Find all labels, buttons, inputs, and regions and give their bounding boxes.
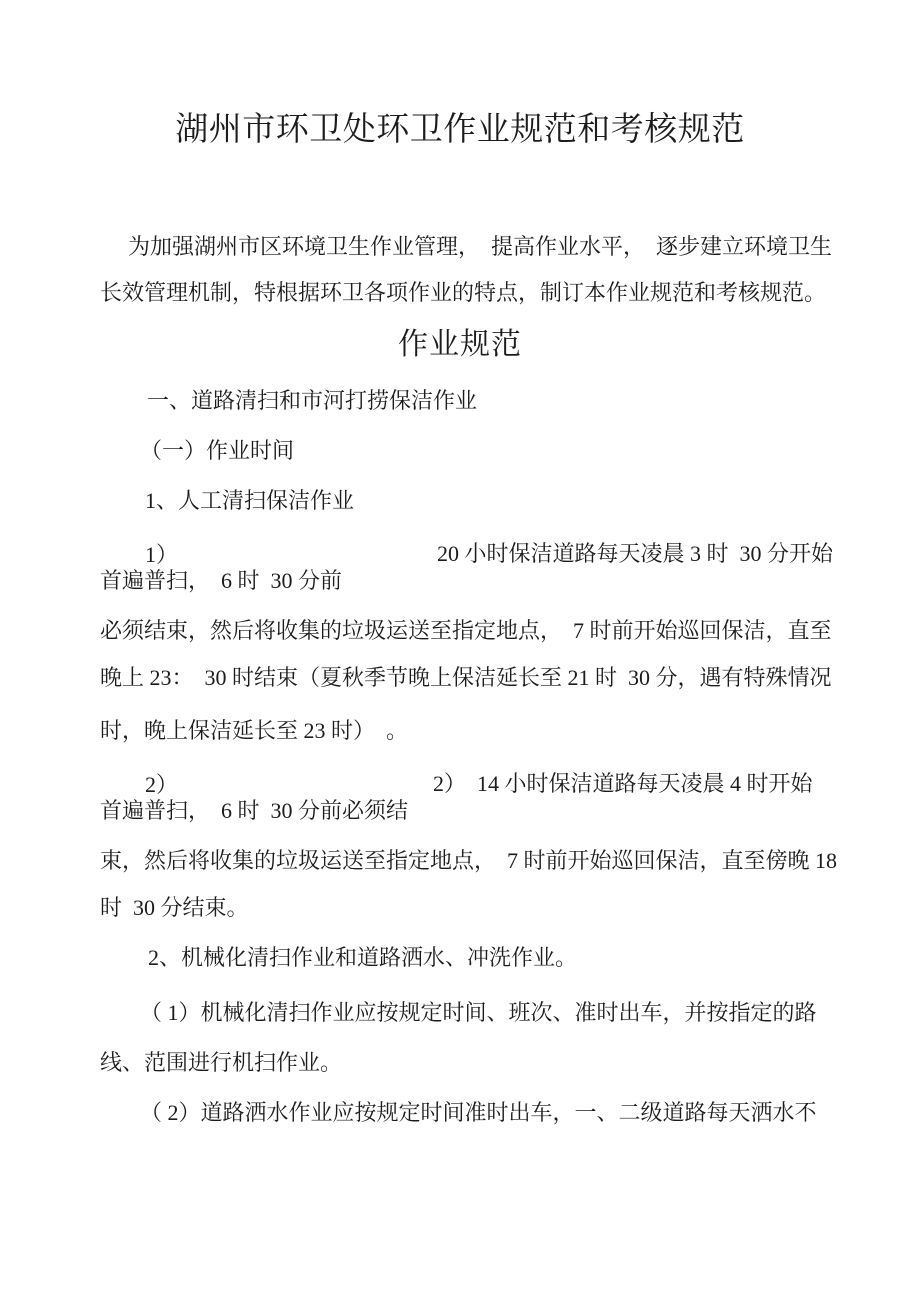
paragraph-5-line-1: （ 1）机械化清扫作业应按规定时间、班次、准时出车，并按指定的路 bbox=[140, 1000, 817, 1025]
document-page: 湖州市环卫处环卫作业规范和考核规范 为加强湖州市区环境卫生作业管理， 提高作业水… bbox=[0, 0, 920, 1304]
section-1-heading: 一、道路清扫和市河打捞保洁作业 bbox=[147, 388, 477, 413]
subsection-1-1-heading: （一）作业时间 bbox=[140, 438, 294, 463]
item-1-heading: 1、人工清扫保洁作业 bbox=[145, 488, 354, 513]
paragraph-3-marker: 2） bbox=[145, 772, 178, 797]
paragraph-3-text: 2） 14 小时保洁道路每天凌晨 4 时开始 bbox=[433, 771, 813, 796]
paragraph-2-line-2: 晚上 23： 30 时结束（夏秋季节晚上保洁延长至 21 时 30 分，遇有特殊… bbox=[100, 665, 832, 690]
paragraph-3-line-2: 首遍普扫， 6 时 30 分前必须结 bbox=[100, 798, 408, 823]
paragraph-4-line-2: 时 30 分结束。 bbox=[100, 895, 249, 920]
item-2-heading: 2、机械化清扫作业和道路洒水、冲洗作业。 bbox=[148, 945, 577, 970]
intro-line-2: 长效管理机制，特根据环卫各项作业的特点，制订本作业规范和考核规范。 bbox=[100, 280, 826, 305]
paragraph-1-marker: 1） bbox=[145, 542, 178, 567]
paragraph-4-line-1: 束，然后将收集的垃圾运送至指定地点， 7 时前开始巡回保洁，直至傍晚 18 bbox=[100, 848, 837, 873]
intro-line-1: 为加强湖州市区环境卫生作业管理， 提高作业水平， 逐步建立环境卫生 bbox=[128, 234, 832, 259]
paragraph-2-line-3: 时，晚上保洁延长至 23 时） 。 bbox=[100, 718, 408, 743]
paragraph-2-line-1: 必须结束，然后将收集的垃圾运送至指定地点， 7 时前开始巡回保洁，直至 bbox=[100, 618, 832, 643]
section-heading: 作业规范 bbox=[0, 328, 920, 363]
paragraph-5-line-2: 线、范围进行机扫作业。 bbox=[100, 1050, 342, 1075]
paragraph-6-line-1: （ 2）道路洒水作业应按规定时间准时出车，一、二级道路每天洒水不 bbox=[140, 1100, 817, 1125]
paragraph-1-text: 20 小时保洁道路每天凌晨 3 时 30 分开始 bbox=[437, 541, 833, 566]
doc-title: 湖州市环卫处环卫作业规范和考核规范 bbox=[0, 112, 920, 150]
paragraph-1-line-2: 首遍普扫， 6 时 30 分前 bbox=[100, 568, 342, 593]
